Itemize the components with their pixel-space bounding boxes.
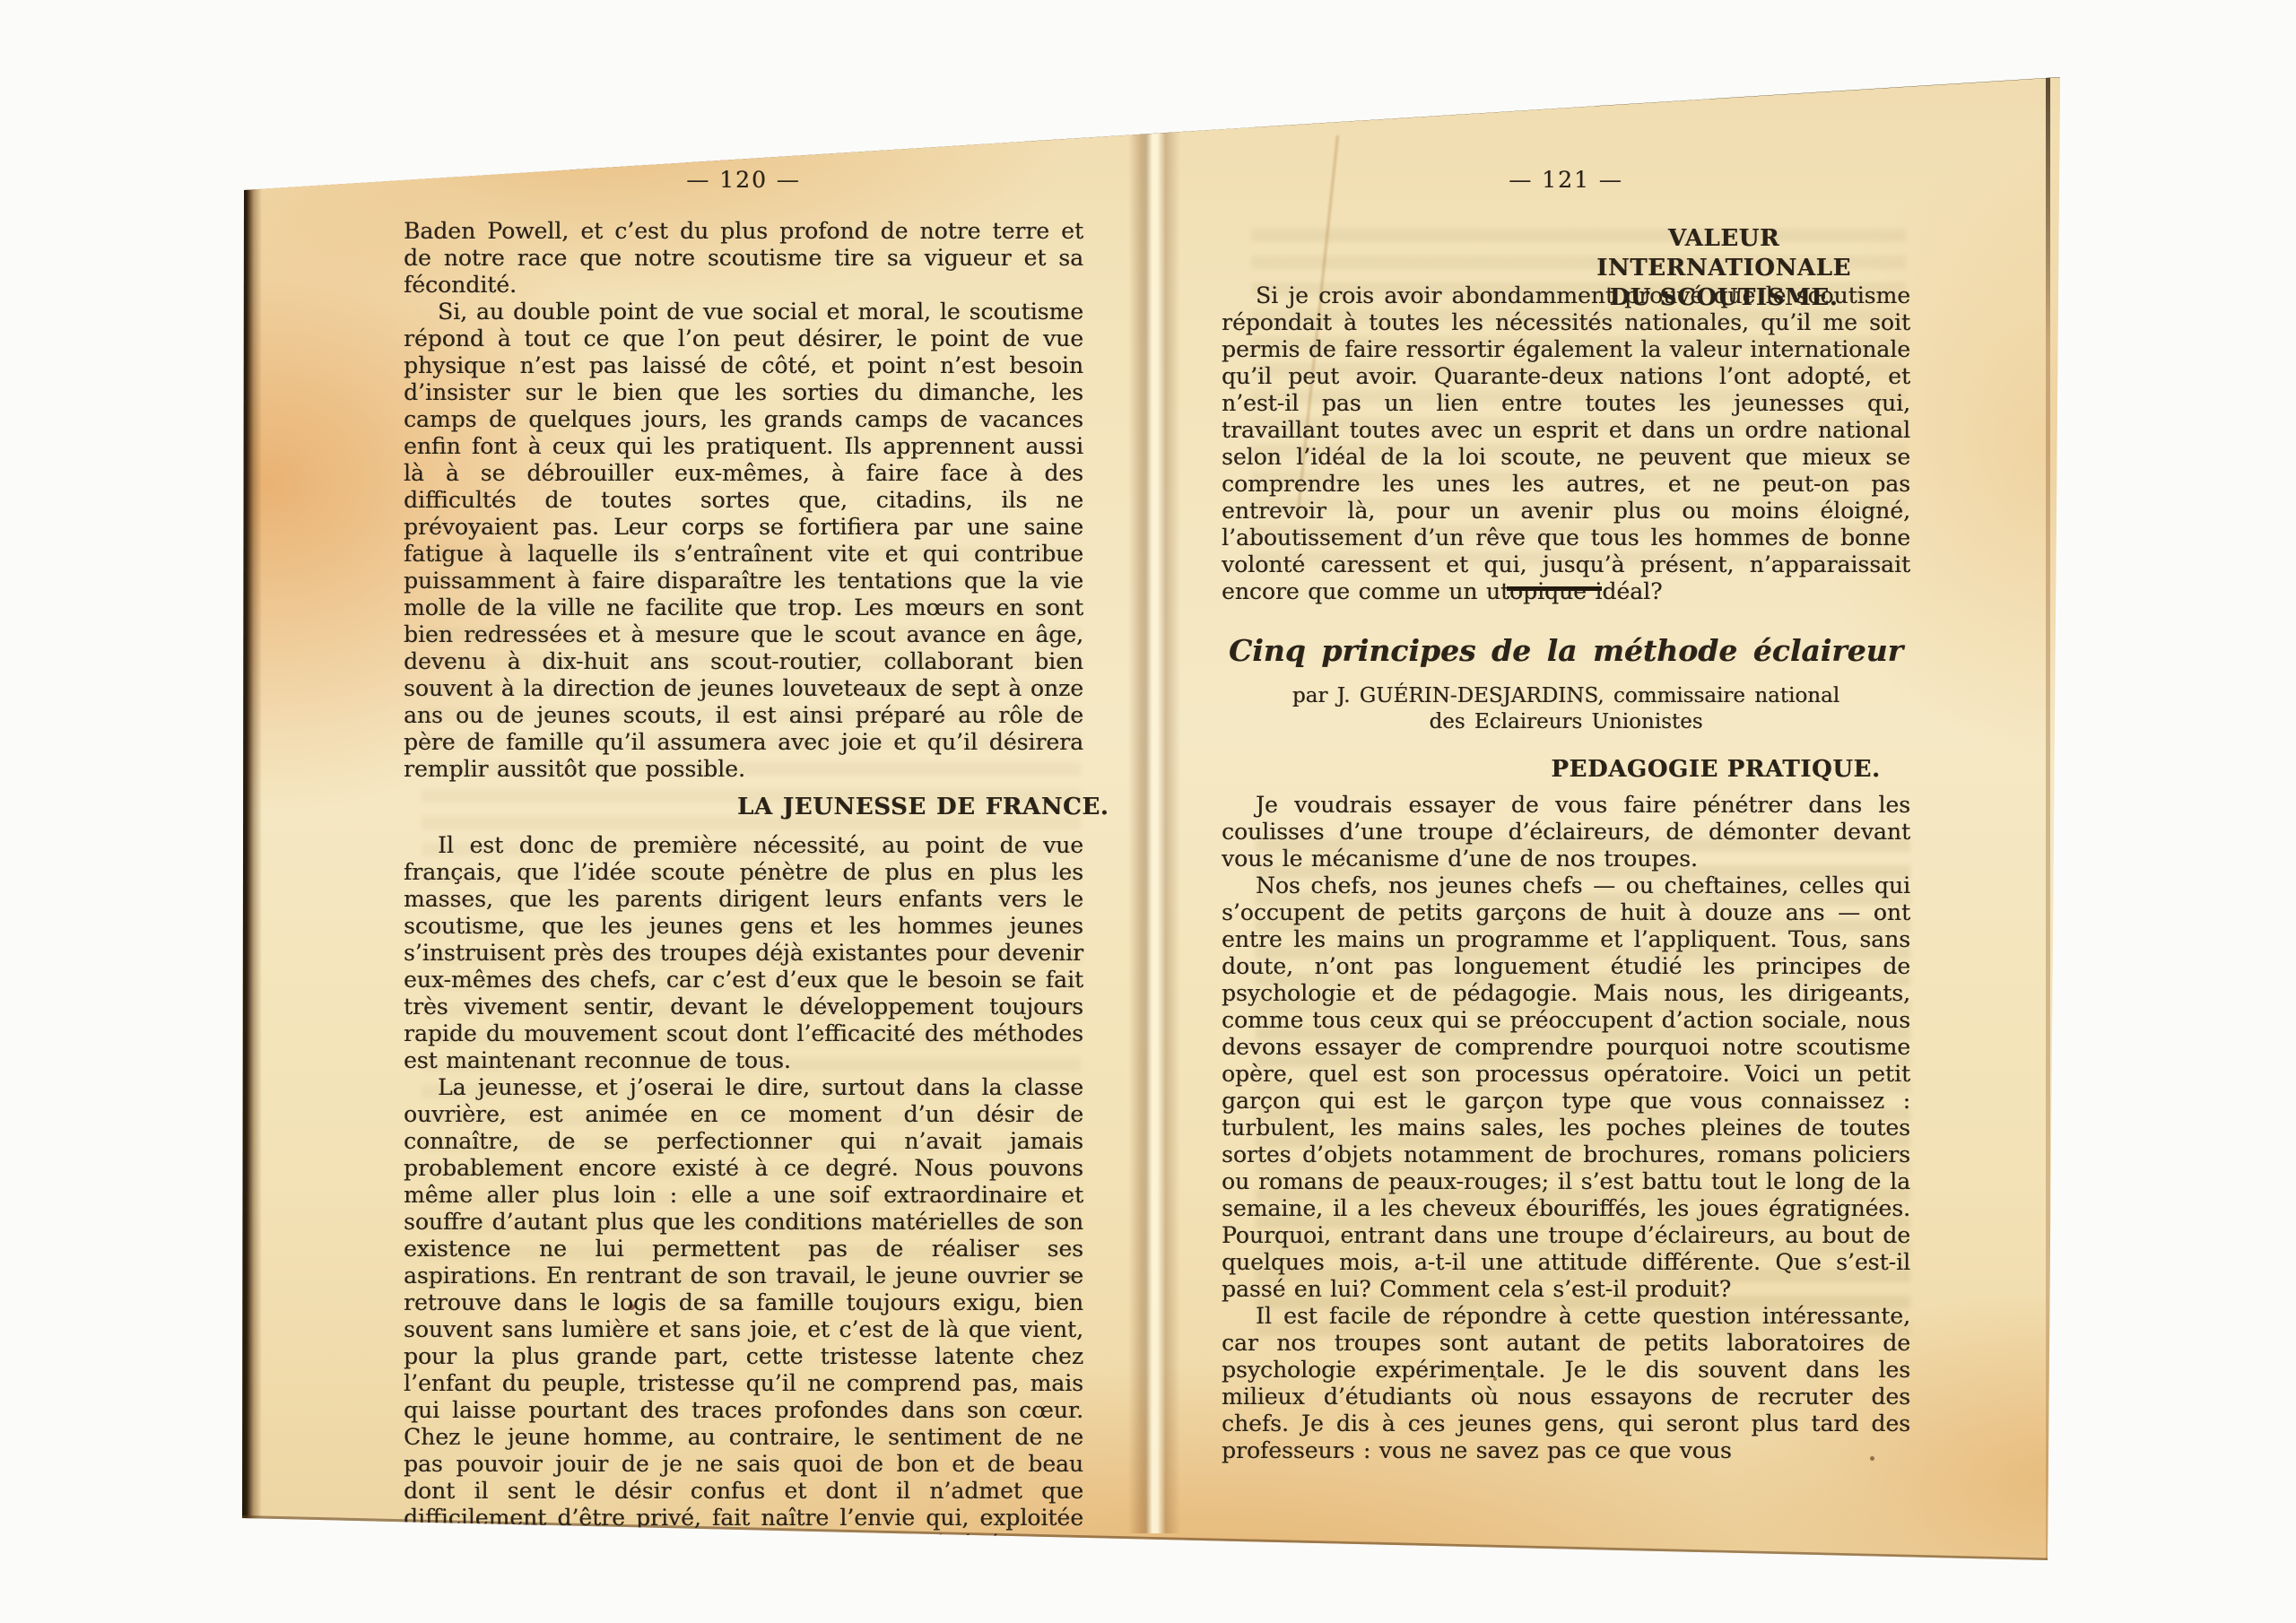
paper-speck bbox=[287, 160, 291, 164]
section-heading-pedagogie-pratique: PEDAGOGIE PRATIQUE. bbox=[1222, 756, 1910, 783]
section-heading-jeunesse-de-france: LA JEUNESSE DE FRANCE. bbox=[737, 794, 1109, 820]
paragraph: Baden Powell, et c’est du plus profond d… bbox=[404, 218, 1083, 299]
left-page-number: — 120 — bbox=[404, 167, 1083, 194]
right-page-intro-text: Si je crois avoir abondamment prouvé que… bbox=[1222, 282, 1910, 605]
paragraph: Si, au double point de vue social et mor… bbox=[404, 299, 1083, 783]
book-left-cover-edge bbox=[239, 179, 262, 1524]
paragraph: Nos chefs, nos jeunes chefs — ou cheftai… bbox=[1222, 872, 1910, 1303]
paragraph: Il est donc de première nécessité, au po… bbox=[404, 832, 1083, 1074]
heading-line: VALEUR INTERNATIONALE bbox=[1537, 224, 1910, 283]
page-right-edge bbox=[2046, 77, 2050, 1562]
paragraph: La jeunesse, et j’oserai le dire, surtou… bbox=[404, 1074, 1083, 1585]
article-byline: par J. GUÉRIN-DESJARDINS, commissaire na… bbox=[1222, 683, 1910, 735]
paragraph: Il est facile de répondre à cette questi… bbox=[1222, 1303, 1910, 1464]
left-page-text-column: Baden Powell, et c’est du plus profond d… bbox=[404, 218, 1083, 1585]
article-title: Cinq principes de la méthode éclaireur bbox=[1222, 630, 1910, 672]
section-divider-rule bbox=[1507, 586, 1602, 591]
byline-line: par J. GUÉRIN-DESJARDINS, commissaire na… bbox=[1222, 683, 1910, 709]
book-spread: — 120 — Baden Powell, et c’est du plus p… bbox=[0, 0, 2296, 1623]
paragraph: Je voudrais essayer de vous faire pénétr… bbox=[1222, 792, 1910, 872]
byline-line: des Eclaireurs Unionistes bbox=[1222, 709, 1910, 735]
right-page-text-column: Je voudrais essayer de vous faire pénétr… bbox=[1222, 792, 1910, 1464]
right-page-number: — 121 — bbox=[1222, 167, 1910, 194]
book-gutter-fold bbox=[1128, 117, 1180, 1533]
paragraph: Si je crois avoir abondamment prouvé que… bbox=[1222, 282, 1910, 605]
